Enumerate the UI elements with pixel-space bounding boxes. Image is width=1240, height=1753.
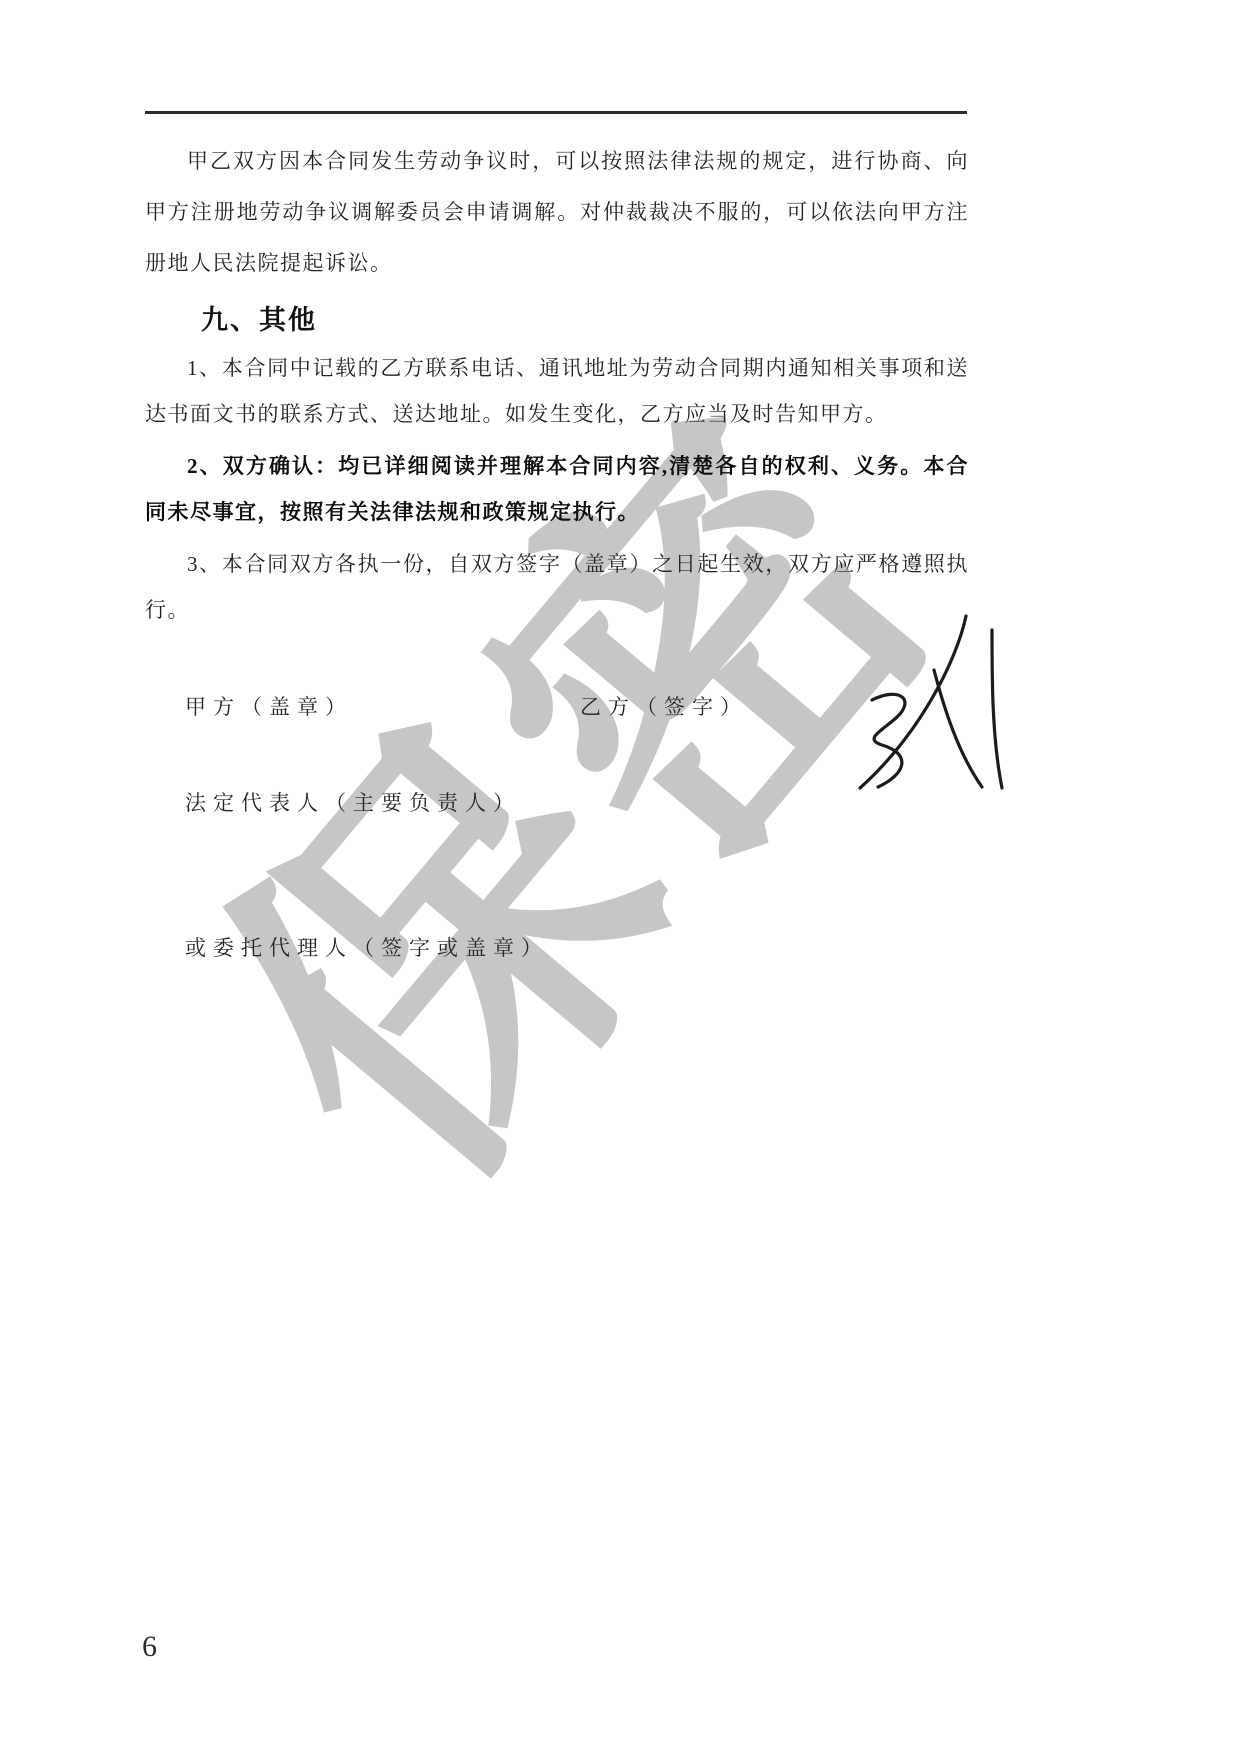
party-a-seal-label: 甲方（盖章） xyxy=(185,691,353,721)
dispute-resolution-paragraph: 甲乙双方因本合同发生劳动争议时，可以按照法律法规的规定，进行协商、向甲方注册地劳… xyxy=(145,136,969,289)
party-b-signature-label: 乙方（签字） xyxy=(580,691,748,721)
contract-body: 甲乙双方因本合同发生劳动争议时，可以按照法律法规的规定，进行协商、向甲方注册地劳… xyxy=(145,130,969,633)
contract-page: 保密 甲乙双方因本合同发生劳动争议时，可以按照法律法规的规定，进行协商、向甲方注… xyxy=(0,0,1240,1753)
clause-item-1: 1、本合同中记载的乙方联系电话、通讯地址为劳动合同期内通知相关事项和送达书面文书… xyxy=(145,345,969,437)
legal-representative-label: 法定代表人（主要负责人） xyxy=(185,787,521,817)
page-number: 6 xyxy=(142,1630,157,1664)
clause-item-2-confirmation: 2、双方确认：均已详细阅读并理解本合同内容,清楚各自的权利、义务。本合同未尽事宜… xyxy=(145,443,969,535)
header-rule xyxy=(145,111,967,114)
content-layer: 甲乙双方因本合同发生劳动争议时，可以按照法律法规的规定，进行协商、向甲方注册地劳… xyxy=(0,0,1240,1753)
party-b-handwritten-signature xyxy=(842,608,1012,793)
section-heading-nine-other: 九、其他 xyxy=(145,301,969,339)
entrusted-agent-label: 或委托代理人（签字或盖章） xyxy=(185,932,549,962)
